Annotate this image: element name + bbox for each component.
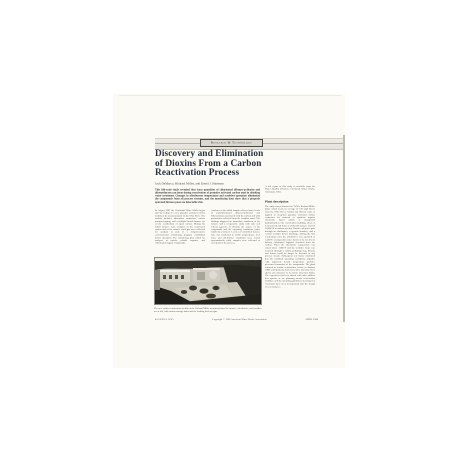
author-byline: Jack DeMarco, Richard Miller, and David … [155, 182, 255, 187]
department-banner-box: Research & Technology [200, 139, 263, 147]
page-top-edge [119, 95, 341, 96]
screenshot-canvas: { "document": { "banner": { "label": "Re… [0, 0, 458, 458]
footer-journal-label: 40 journal awwa [155, 317, 174, 321]
availability-note: A full report of this study is available… [265, 185, 315, 198]
footer-copyright: Copyright © 1988 American Water Works As… [212, 317, 266, 321]
section-heading-plant-description: Plant description [265, 200, 315, 205]
footer-issue-date: APRIL 1988 [305, 317, 318, 321]
journal-page: Research & Technology Discovery and Elim… [113, 94, 345, 368]
abstract-paragraph: This full-scale study revealed that trac… [155, 188, 260, 207]
photo-caption: The new carbon reactivation facility at … [154, 307, 262, 315]
body-column-1: In August 1987 the Cincinnati Water Work… [155, 209, 205, 257]
plant-photo-graphic [155, 258, 261, 304]
article-title-line-3: Reactivation Process [155, 169, 275, 179]
article-title: Discovery and Elimination of Dioxins Fro… [155, 150, 275, 179]
page-edge-shadow [343, 135, 345, 322]
department-banner-label: Research & Technology [201, 140, 262, 146]
page-footer: 40 journal awwa Copyright © 1988 America… [155, 317, 318, 322]
body-column-2: Analyses of the initial samples showed t… [211, 209, 260, 257]
body-column-3: The study was performed at CWW's Richard… [265, 205, 315, 314]
plant-aerial-photo [154, 257, 262, 305]
